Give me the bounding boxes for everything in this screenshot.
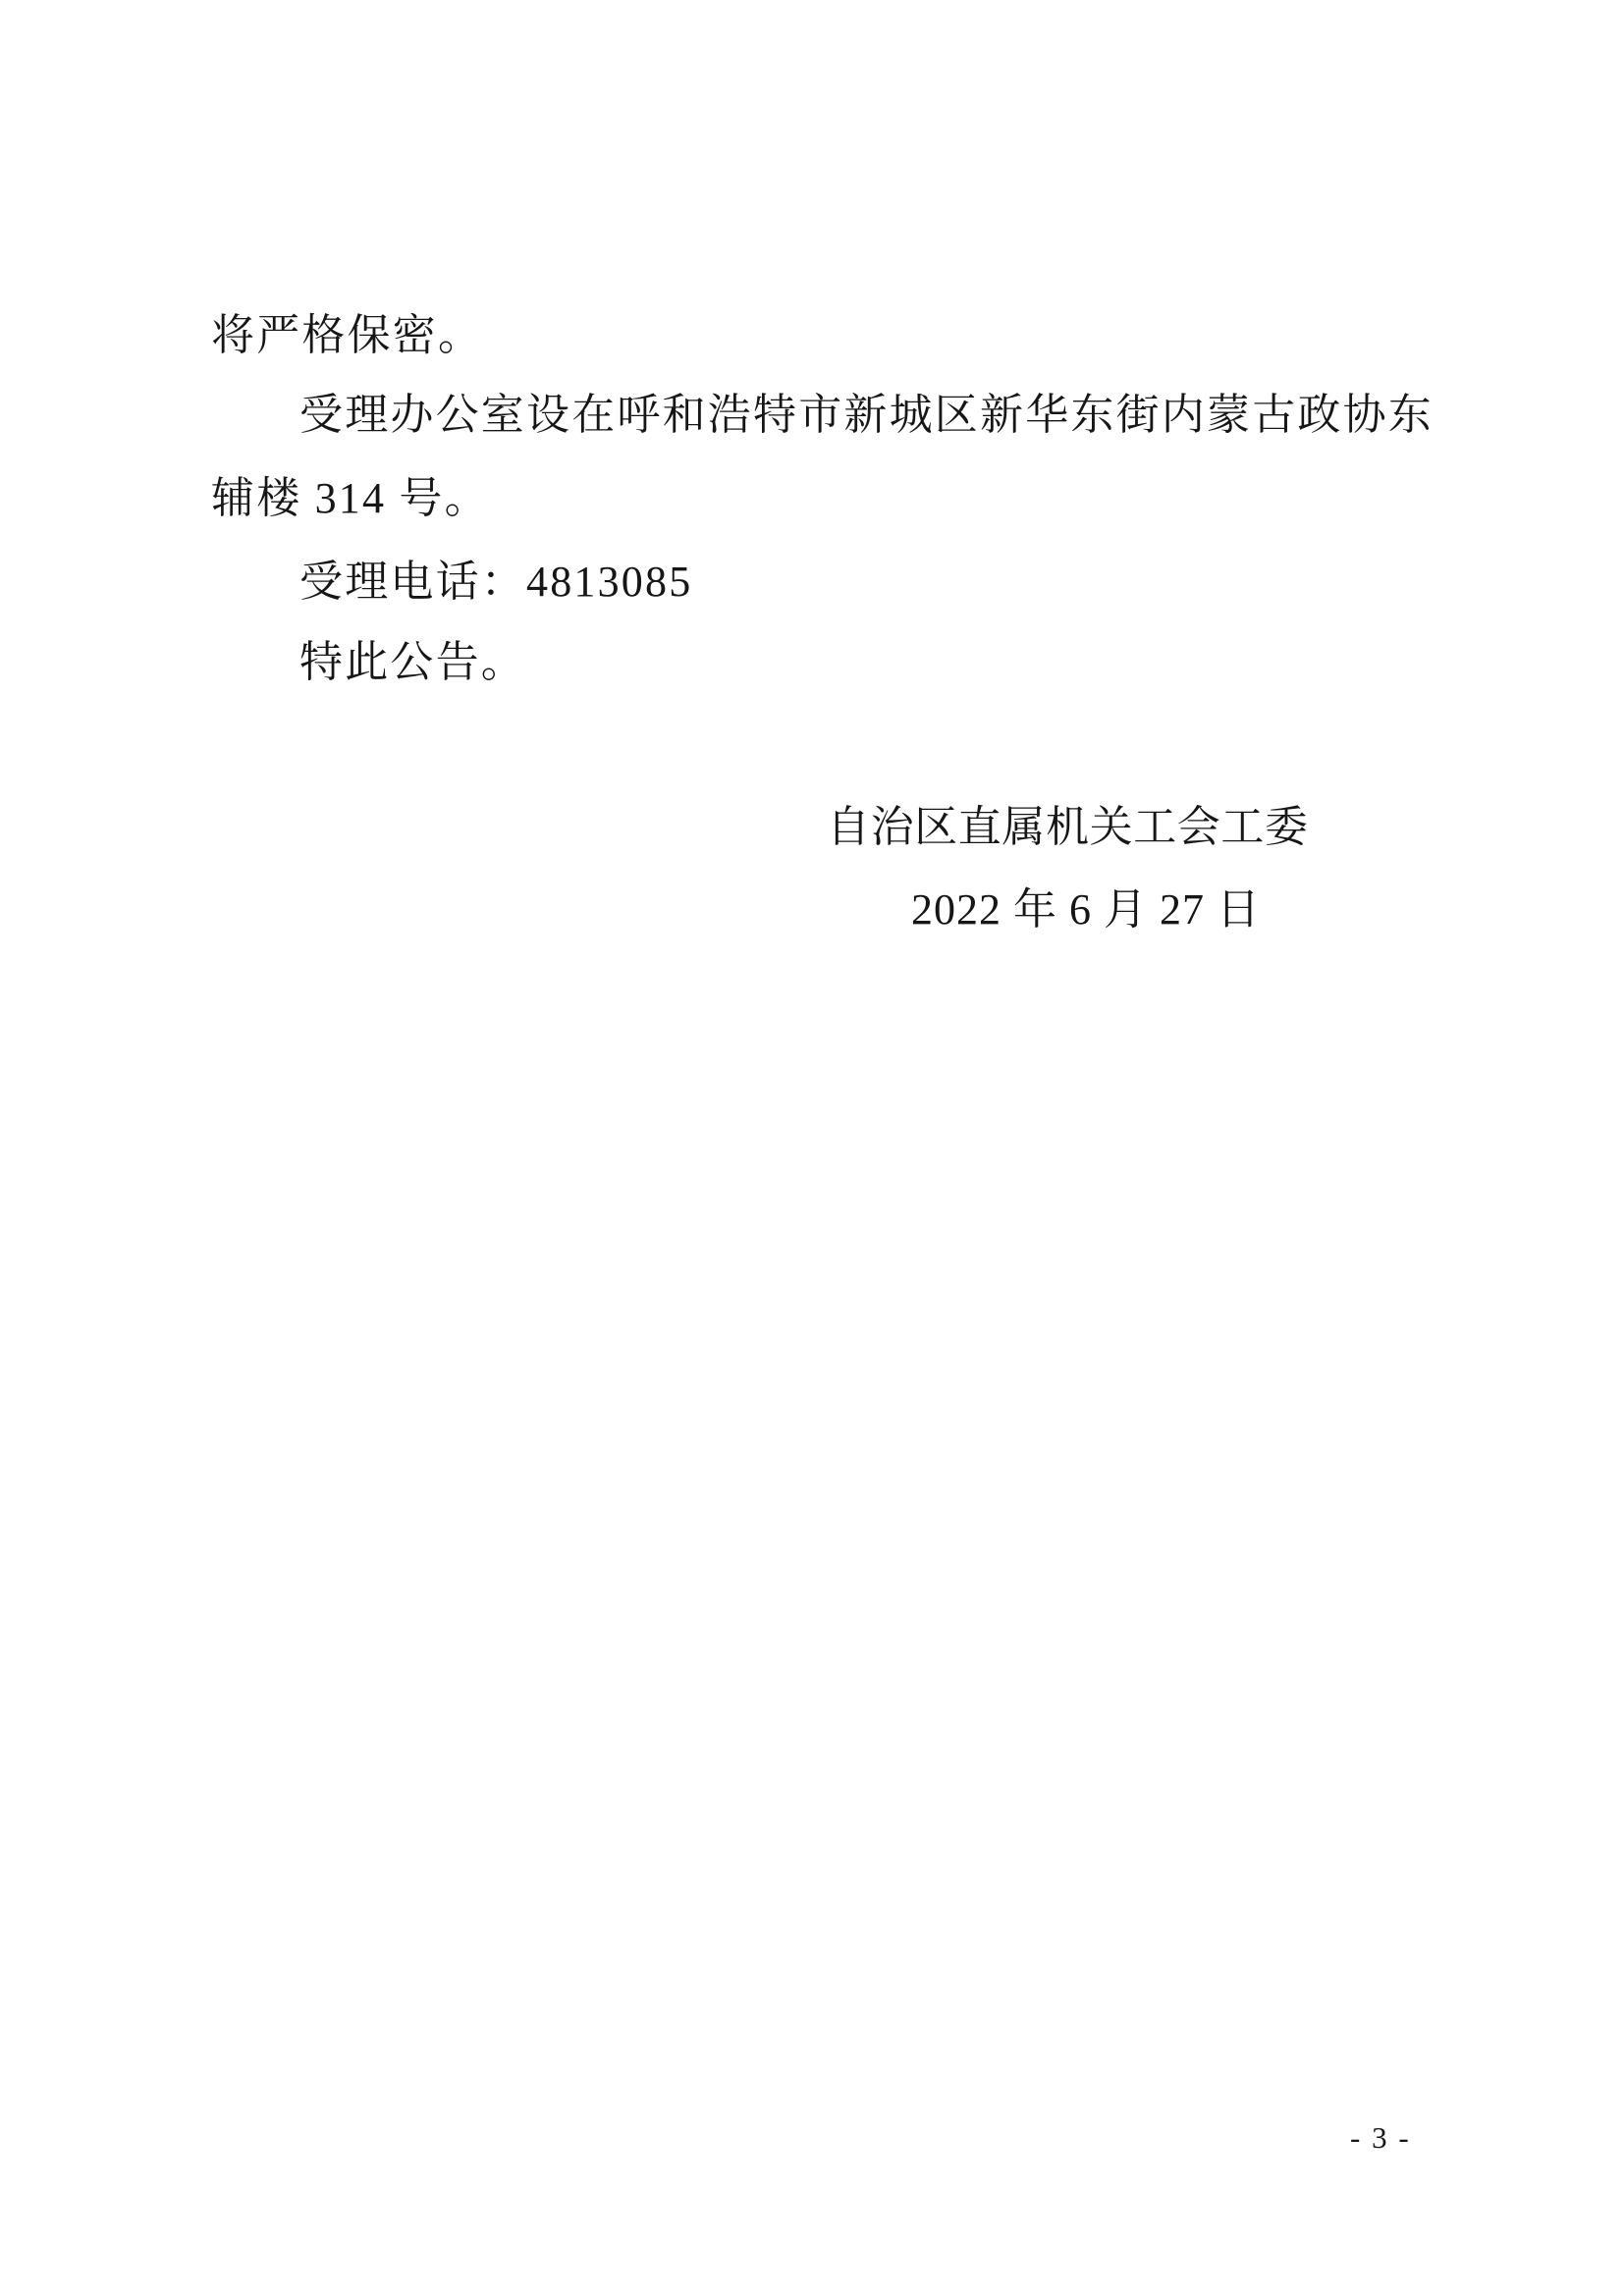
body-line-confidentiality: 将严格保密。	[211, 314, 483, 357]
body-line-closing: 特此公告。	[299, 641, 526, 684]
page-number: - 3 -	[1350, 2122, 1411, 2153]
signature-date: 2022 年 6 月 27 日	[911, 888, 1261, 932]
body-line-phone: 受理电话：4813085	[299, 561, 692, 604]
body-line-office-address-1: 受理办公室设在呼和浩特市新城区新华东街内蒙古政协东	[299, 394, 1434, 437]
signature-organization: 自治区直属机关工会工委	[827, 806, 1309, 849]
document-page: 将严格保密。 受理办公室设在呼和浩特市新城区新华东街内蒙古政协东 辅楼 314 …	[0, 0, 1624, 2296]
body-line-office-address-2: 辅楼 314 号。	[211, 477, 490, 520]
